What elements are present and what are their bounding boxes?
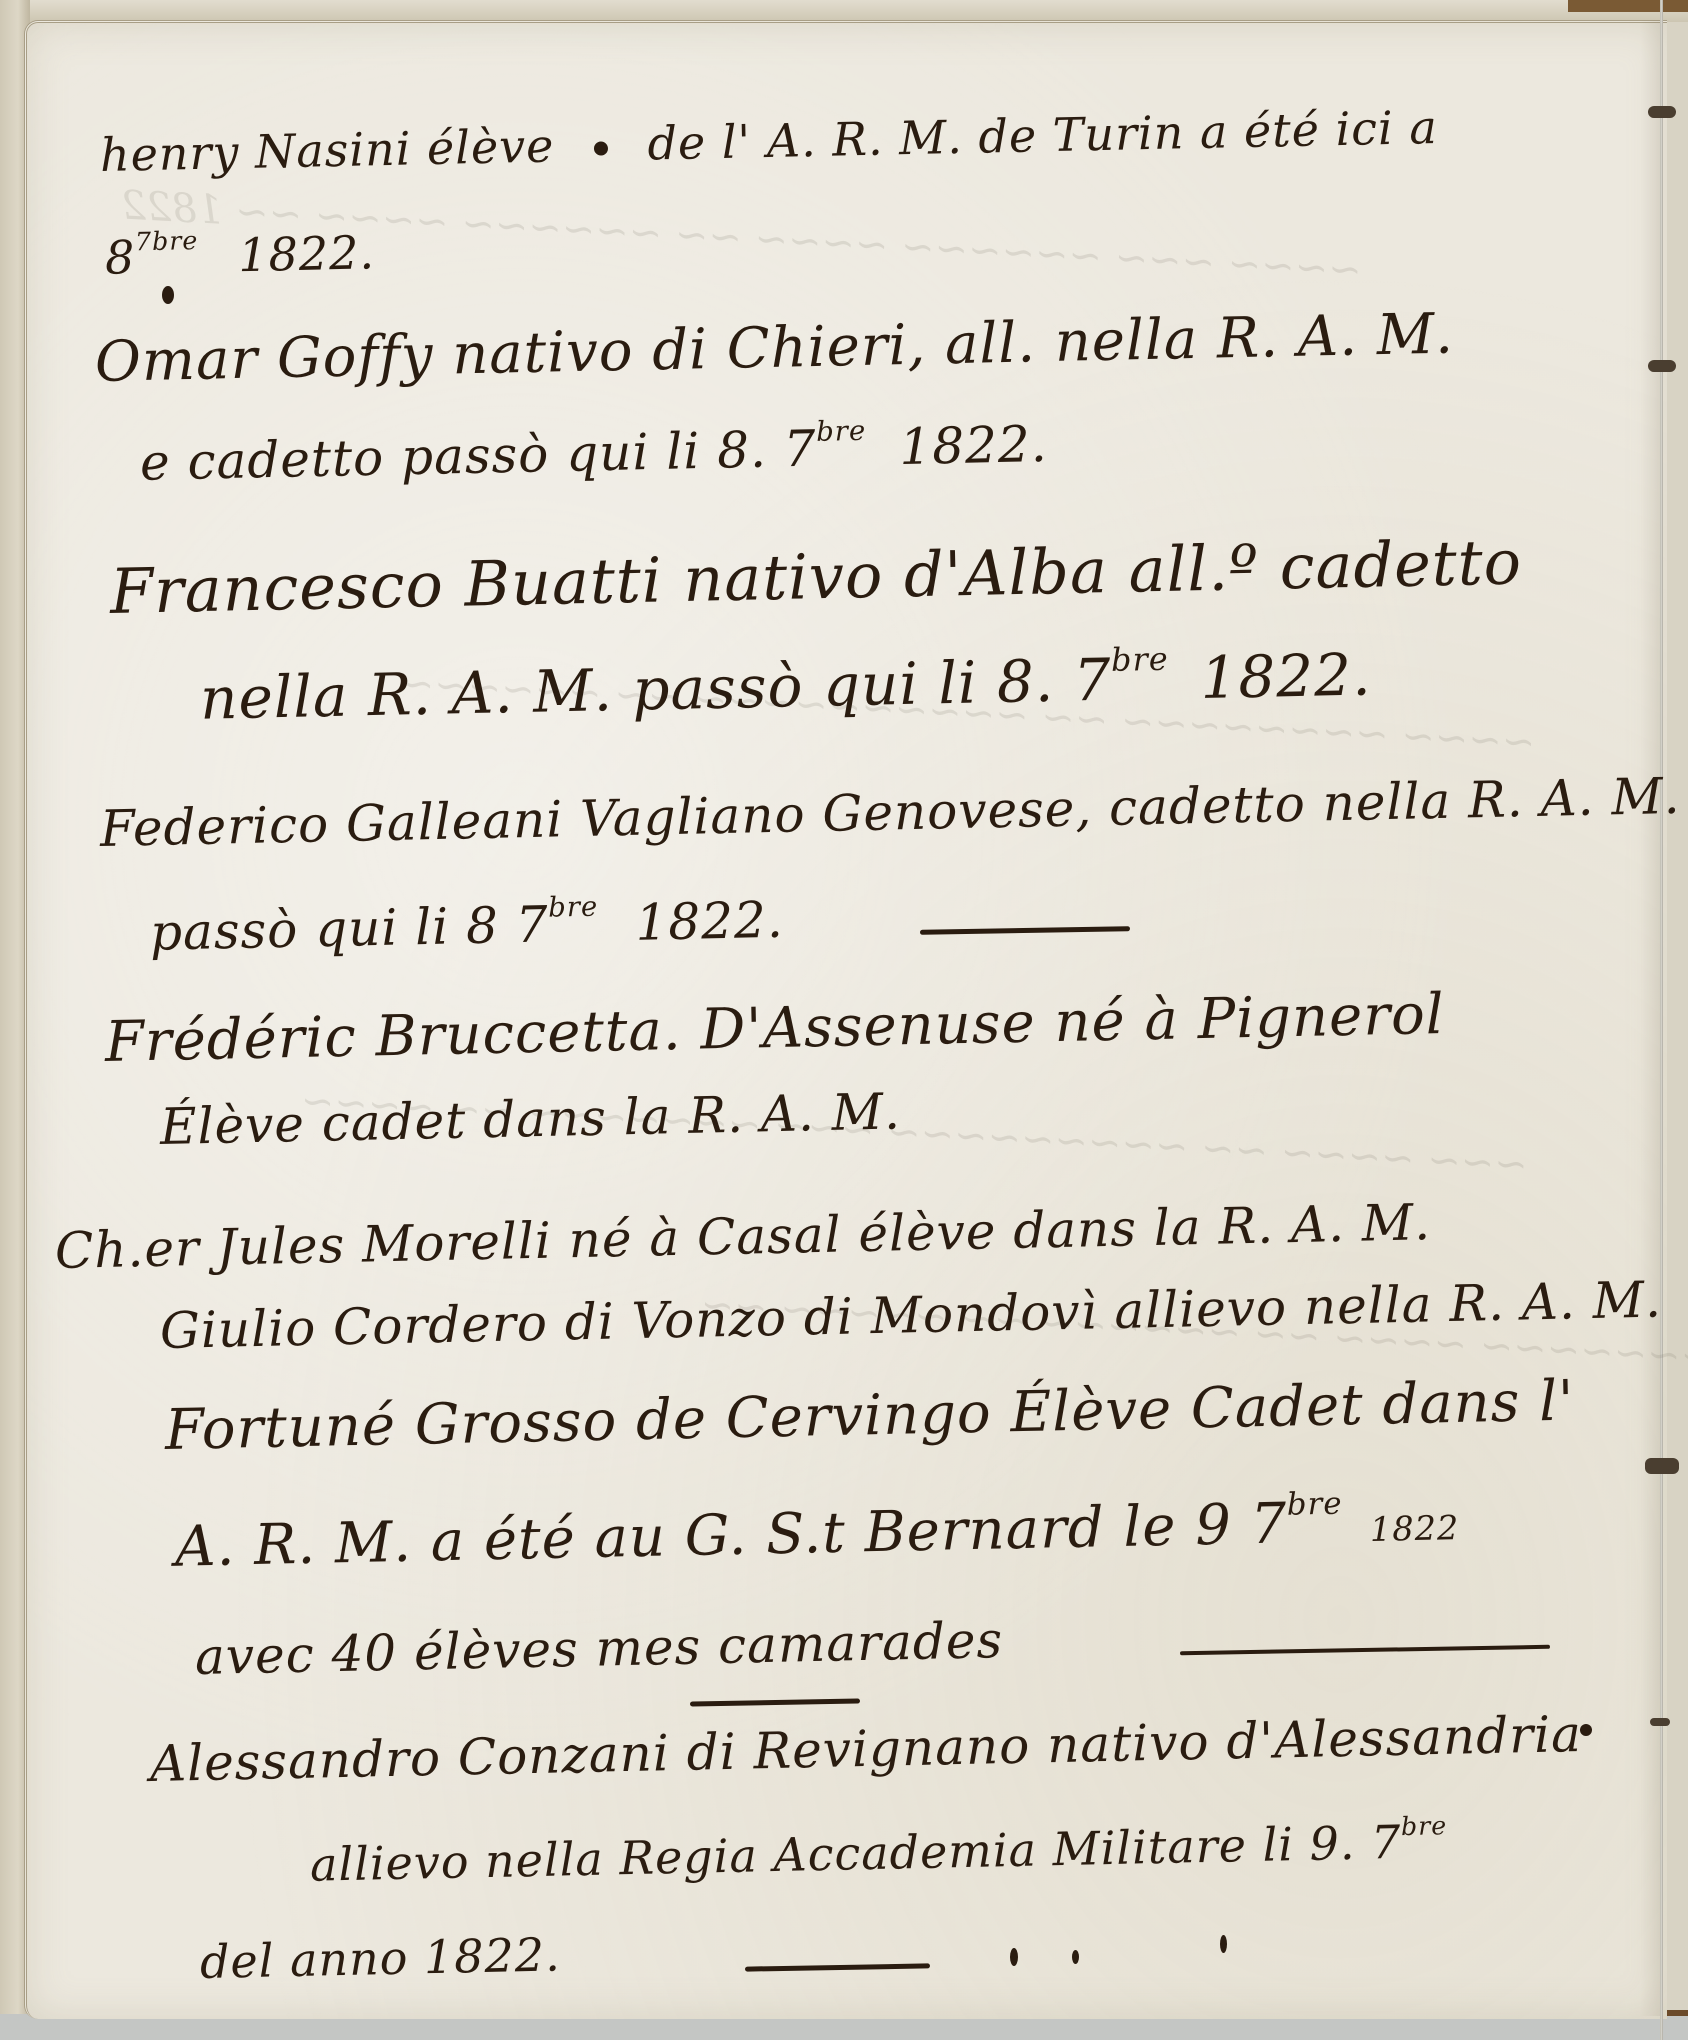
- entry-date-day: 8: [104, 230, 135, 285]
- entry-date-year: 1822.: [635, 890, 784, 951]
- entry-date-month: bre: [548, 891, 599, 924]
- ink-mark-icon: [1220, 1935, 1227, 1953]
- entry-1-line-2: 87bre 1822.: [104, 222, 375, 284]
- entry-9-line-3: del anno 1822.: [199, 1927, 561, 1989]
- cover-corner: [1568, 0, 1688, 12]
- entry-text: del anno 1822.: [199, 1927, 561, 1989]
- gutter-shadow: [1640, 20, 1662, 2016]
- binding-stitch: [1648, 106, 1676, 118]
- entry-date-year: 1822.: [238, 225, 376, 282]
- entry-name: henry Nasini élève: [99, 118, 554, 182]
- entry-text: passò qui li 8 7: [149, 895, 549, 961]
- ink-mark-icon: [1072, 1950, 1079, 1964]
- ink-blot-icon: [594, 141, 608, 155]
- cover-edge-top: [0, 0, 1688, 22]
- entry-date-year: 1822.: [899, 415, 1048, 476]
- ink-mark-icon: [1580, 1724, 1592, 1736]
- entry-date-month: bre: [1286, 1486, 1342, 1523]
- entry-date-month: 7bre: [135, 226, 199, 256]
- binding-stitch: [1645, 1458, 1679, 1474]
- manuscript-scan: ~~~~ ~~~ ~~~~~~ ~~~~ ~~ ~~~~~~ ~~~~ ~~ 1…: [0, 0, 1688, 2040]
- entry-date-year: 1822: [1369, 1508, 1459, 1549]
- binding-stitch: [1650, 1718, 1670, 1726]
- ink-blot-icon: [162, 286, 174, 304]
- entry-date-year: 1822.: [1200, 640, 1372, 712]
- entry-date-month: bre: [816, 415, 867, 448]
- entry-date-month: bre: [1401, 1811, 1448, 1841]
- binding-gutter: [1660, 0, 1663, 2040]
- binding-stitch: [1648, 360, 1676, 372]
- entry-date-month: bre: [1111, 640, 1169, 679]
- ink-mark-icon: [1010, 1948, 1018, 1966]
